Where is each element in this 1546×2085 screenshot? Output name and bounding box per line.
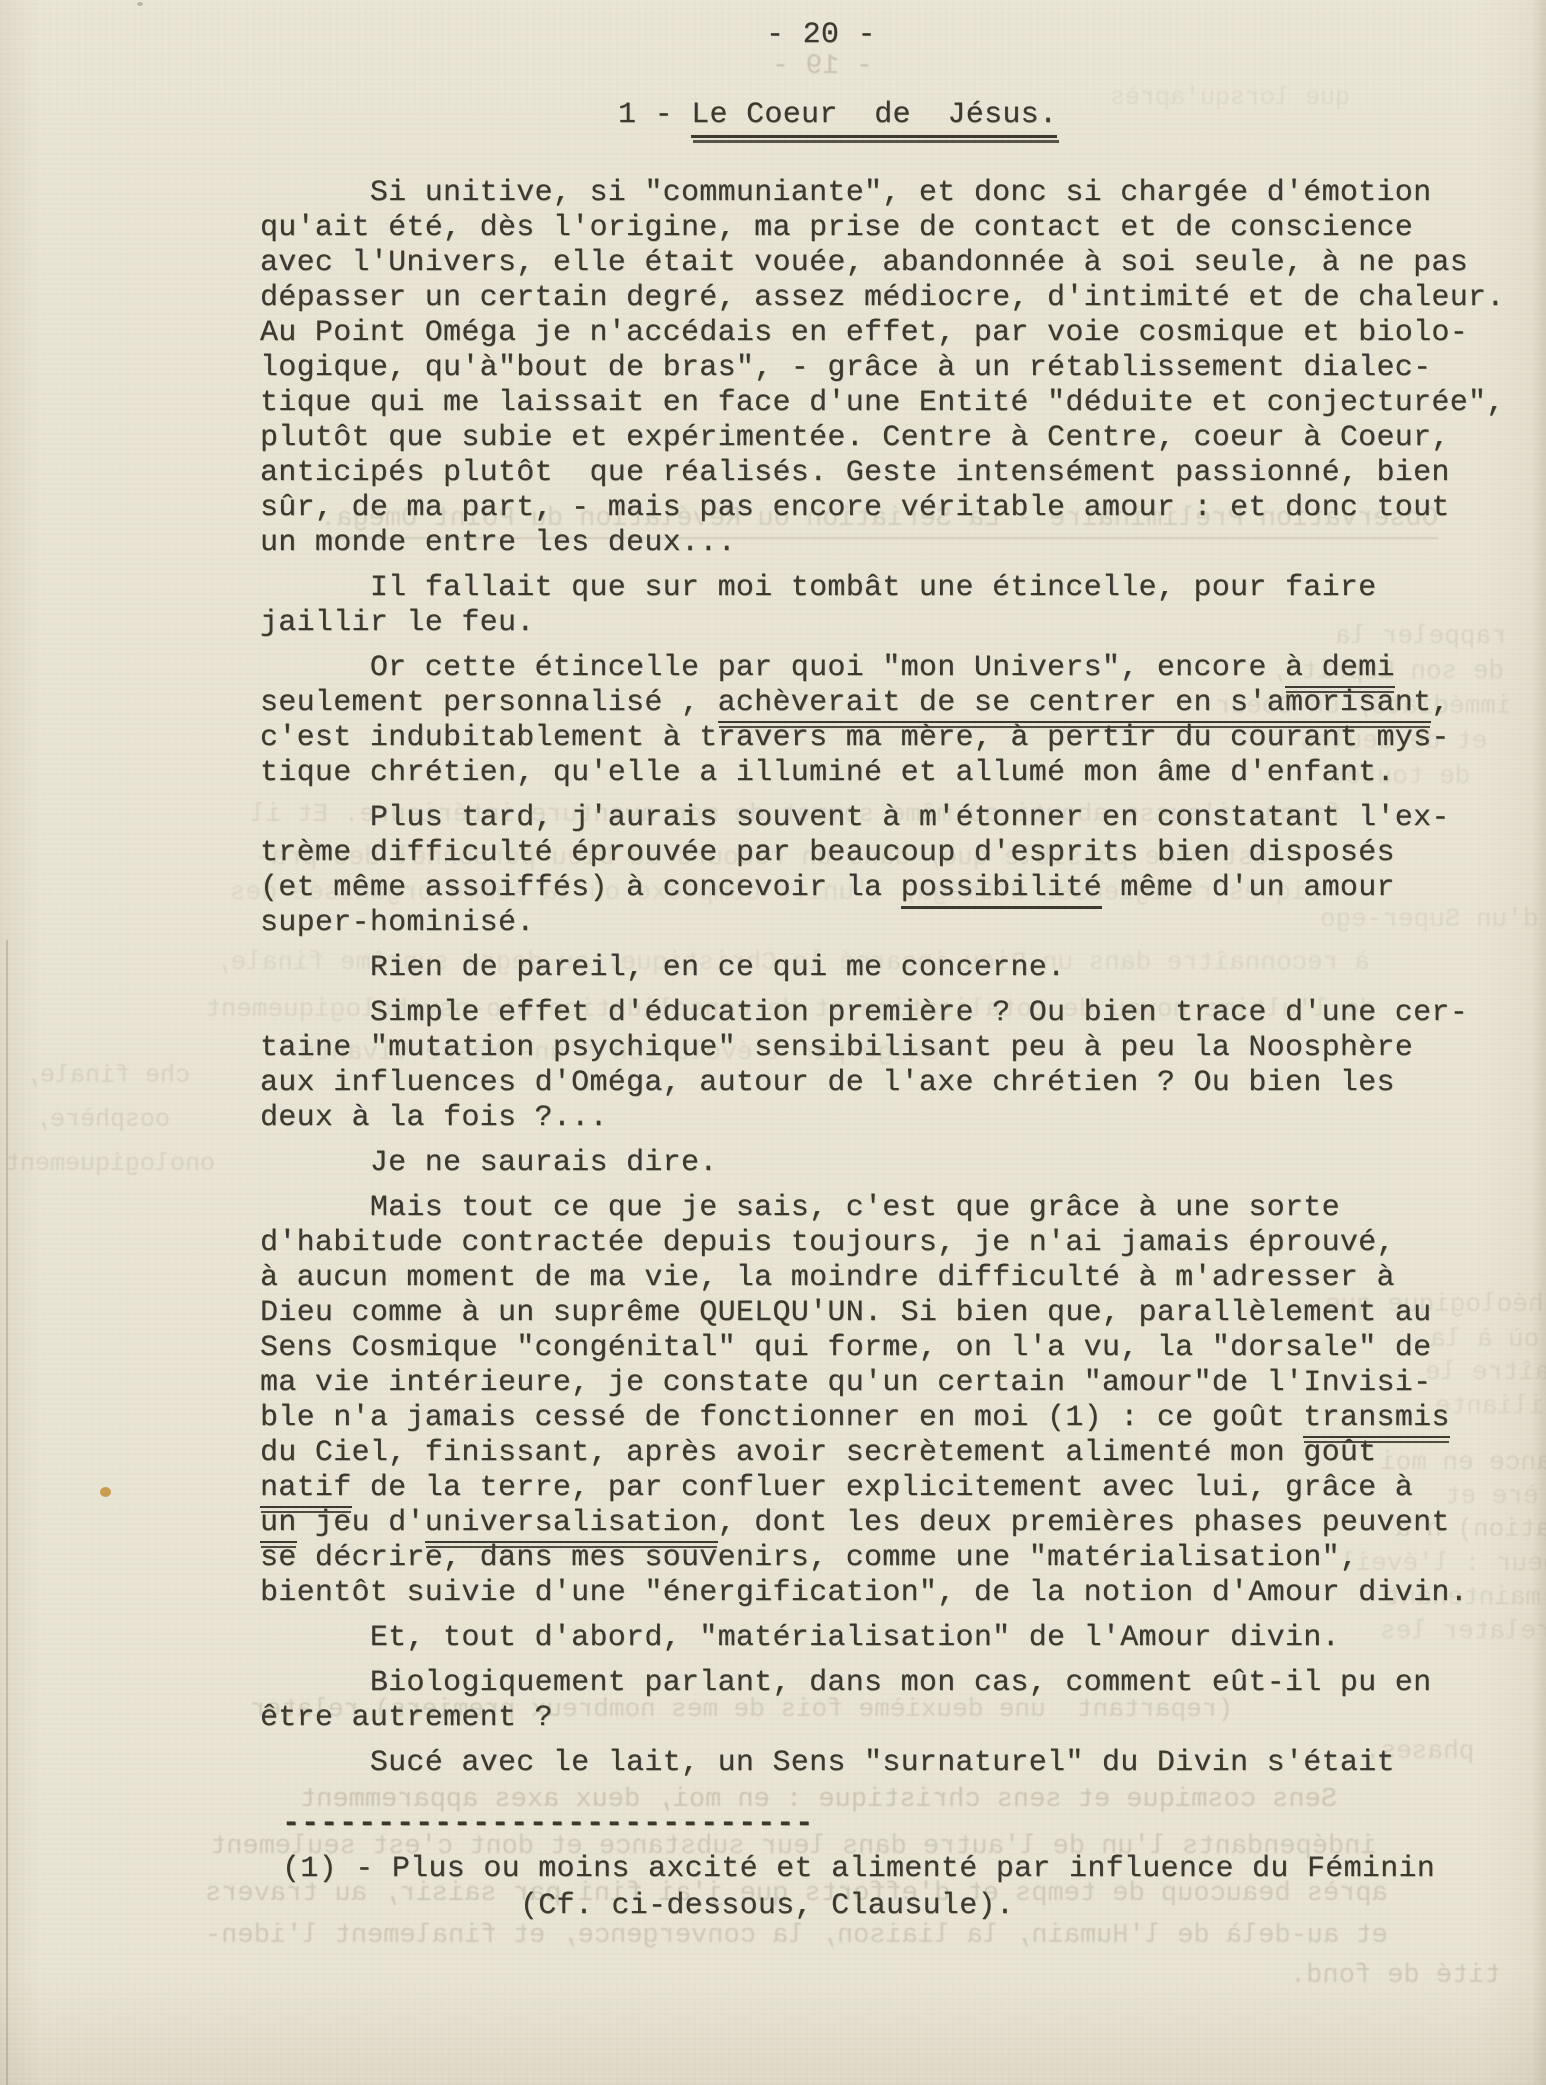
text-line: un jeu d'universalisation, dont les deux… bbox=[260, 1506, 1510, 1541]
footnote-line: (1) - Plus ou moins axcité et alimenté p… bbox=[282, 1851, 1510, 1888]
text-segment: deux à la fois ?... bbox=[260, 1101, 608, 1135]
bleedthrough-text: onologiquement bbox=[5, 1150, 215, 1178]
page-number: - 20 - bbox=[766, 18, 876, 52]
text-line: Et, tout d'abord, "matérialisation" de l… bbox=[260, 1621, 1510, 1656]
text-segment: Rien de pareil, en ce qui me concerne. bbox=[260, 951, 1065, 985]
text-line: logique, qu'à"bout de bras", - grâce à u… bbox=[260, 351, 1510, 386]
text-segment: même d'un amour bbox=[1102, 871, 1395, 905]
text-line: d'habitude contractée depuis toujours, j… bbox=[260, 1226, 1510, 1261]
text-line: à aucun moment de ma vie, la moindre dif… bbox=[260, 1261, 1510, 1296]
text-segment: Plus tard, j'aurais souvent à m'étonner … bbox=[260, 801, 1450, 835]
text-segment: Or cette étincelle par quoi "mon Univers… bbox=[260, 651, 1285, 685]
bleedthrough-text: tité de fond. bbox=[1290, 1962, 1501, 1992]
text-segment: taine "mutation psychique" sensibilisant… bbox=[260, 1031, 1413, 1065]
text-segment: de la terre, par confluer explicitement … bbox=[352, 1471, 1414, 1505]
text-line: dépasser un certain degré, assez médiocr… bbox=[260, 281, 1510, 316]
underlined-text: à demi bbox=[1285, 651, 1395, 688]
text-segment: Dieu comme à un suprême QUELQU'UN. Si bi… bbox=[260, 1296, 1431, 1330]
bleedthrough-text: che finale, bbox=[25, 1062, 190, 1090]
paragraph: Simple effet d'éducation première ? Ou b… bbox=[260, 996, 1510, 1136]
text-line: Sucé avec le lait, un Sens "surnaturel" … bbox=[260, 1746, 1510, 1781]
text-segment: bientôt suivie d'une "énergification", d… bbox=[260, 1576, 1468, 1610]
text-segment: Si unitive, si "communiante", et donc si… bbox=[260, 176, 1431, 210]
footnote: (1) - Plus ou moins axcité et alimenté p… bbox=[282, 1851, 1510, 1925]
section-title-text: Le Coeur de Jésus. bbox=[691, 98, 1057, 138]
text-line: Plus tard, j'aurais souvent à m'étonner … bbox=[260, 801, 1510, 836]
text-segment: Mais tout ce que je sais, c'est que grâc… bbox=[260, 1191, 1340, 1225]
text-segment: tique qui me laissait en face d'une Enti… bbox=[260, 386, 1505, 420]
text-line: deux à la fois ?... bbox=[260, 1101, 1510, 1136]
text-line: ma vie intérieure, je constate qu'un cer… bbox=[260, 1366, 1510, 1401]
text-segment: Et, tout d'abord, "matérialisation" de l… bbox=[260, 1621, 1340, 1655]
text-segment: se décrire, dans mes souvenirs, comme un… bbox=[260, 1541, 1358, 1575]
paper-stain-dot bbox=[100, 1487, 111, 1497]
underlined-text: transmis bbox=[1303, 1401, 1449, 1438]
bleedthrough-text: oosphère, bbox=[35, 1106, 170, 1134]
text-line: anticipés plutôt que réalisés. Geste int… bbox=[260, 456, 1510, 491]
text-line: seulement personnalisé , achèverait de s… bbox=[260, 686, 1510, 721]
text-segment: Simple effet d'éducation première ? Ou b… bbox=[260, 996, 1468, 1030]
text-line: Je ne saurais dire. bbox=[260, 1146, 1510, 1181]
underlined-text: natif bbox=[260, 1471, 352, 1508]
text-segment: plutôt que subie et expérimentée. Centre… bbox=[260, 421, 1450, 455]
text-segment: sûr, de ma part, - mais pas encore vérit… bbox=[260, 491, 1450, 525]
text-segment: à aucun moment de ma vie, la moindre dif… bbox=[260, 1261, 1395, 1295]
text-segment: , bbox=[1431, 686, 1449, 720]
text-line: être autrement ? bbox=[260, 1701, 1510, 1736]
paragraph: Biologiquement parlant, dans mon cas, co… bbox=[260, 1666, 1510, 1736]
underlined-text: achèverait de se centrer en s'amorisant bbox=[718, 686, 1432, 723]
document-body: Si unitive, si "communiante", et donc si… bbox=[260, 176, 1510, 1925]
text-line: Or cette étincelle par quoi "mon Univers… bbox=[260, 651, 1510, 686]
text-line: taine "mutation psychique" sensibilisant… bbox=[260, 1031, 1510, 1066]
text-segment: un monde entre les deux... bbox=[260, 526, 736, 560]
text-line: super-hominisé. bbox=[260, 906, 1510, 941]
text-line: qu'ait été, dès l'origine, ma prise de c… bbox=[260, 211, 1510, 246]
text-line: trème difficulté éprouvée par beaucoup d… bbox=[260, 836, 1510, 871]
text-line: ble n'a jamais cessé de fonctionner en m… bbox=[260, 1401, 1510, 1436]
underlined-text: possibilité bbox=[901, 871, 1102, 909]
text-line: Sens Cosmique "congénital" qui forme, on… bbox=[260, 1331, 1510, 1366]
paragraph: Sucé avec le lait, un Sens "surnaturel" … bbox=[260, 1746, 1510, 1781]
section-title: 1 - Le Coeur de Jésus. bbox=[618, 98, 1057, 132]
text-line: Biologiquement parlant, dans mon cas, co… bbox=[260, 1666, 1510, 1701]
text-line: Rien de pareil, en ce qui me concerne. bbox=[260, 951, 1510, 986]
text-line: (et même assoiffés) à concevoir la possi… bbox=[260, 871, 1510, 906]
paragraph: Si unitive, si "communiante", et donc si… bbox=[260, 176, 1510, 561]
text-segment: seulement personnalisé , bbox=[260, 686, 718, 720]
text-line: avec l'Univers, elle était vouée, abando… bbox=[260, 246, 1510, 281]
bleedthrough-text: que lorsqu'après bbox=[1110, 84, 1350, 112]
text-segment: ma vie intérieure, je constate qu'un cer… bbox=[260, 1366, 1431, 1400]
text-line: tique qui me laissait en face d'une Enti… bbox=[260, 386, 1510, 421]
paragraphs-container: Si unitive, si "communiante", et donc si… bbox=[260, 176, 1510, 1781]
text-segment: Sens Cosmique "congénital" qui forme, on… bbox=[260, 1331, 1431, 1365]
bleedthrough-text: - 19 - bbox=[772, 52, 873, 83]
text-segment: ble n'a jamais cessé de fonctionner en m… bbox=[260, 1401, 1303, 1435]
text-segment: jaillir le feu. bbox=[260, 606, 535, 640]
text-segment: logique, qu'à"bout de bras", - grâce à u… bbox=[260, 351, 1431, 385]
paragraph: Mais tout ce que je sais, c'est que grâc… bbox=[260, 1191, 1510, 1611]
text-line: sûr, de ma part, - mais pas encore vérit… bbox=[260, 491, 1510, 526]
text-segment: Au Point Oméga je n'accédais en effet, p… bbox=[260, 316, 1468, 350]
paper-speck bbox=[137, 2, 143, 6]
underlined-text: un bbox=[260, 1506, 297, 1543]
text-line: Au Point Oméga je n'accédais en effet, p… bbox=[260, 316, 1510, 351]
text-line: plutôt que subie et expérimentée. Centre… bbox=[260, 421, 1510, 456]
text-line: bientôt suivie d'une "énergification", d… bbox=[260, 1576, 1510, 1611]
bleedthrough-text: et au-delà de l'Humain, la liaison, la c… bbox=[205, 1922, 1388, 1952]
text-segment: Biologiquement parlant, dans mon cas, co… bbox=[260, 1666, 1431, 1700]
text-line: Dieu comme à un suprême QUELQU'UN. Si bi… bbox=[260, 1296, 1510, 1331]
paragraph: Plus tard, j'aurais souvent à m'étonner … bbox=[260, 801, 1510, 941]
footnote-line: (Cf. ci-dessous, Clausule). bbox=[282, 1888, 1510, 1925]
text-segment: Je ne saurais dire. bbox=[260, 1146, 718, 1180]
text-segment: aux influences d'Oméga, autour de l'axe … bbox=[260, 1066, 1395, 1100]
text-segment: qu'ait été, dès l'origine, ma prise de c… bbox=[260, 211, 1413, 245]
paragraph: Et, tout d'abord, "matérialisation" de l… bbox=[260, 1621, 1510, 1656]
scan-edge-line bbox=[6, 940, 8, 2085]
text-line: jaillir le feu. bbox=[260, 606, 1510, 641]
text-segment: tique chrétien, qu'elle a illuminé et al… bbox=[260, 756, 1395, 790]
text-line: Si unitive, si "communiante", et donc si… bbox=[260, 176, 1510, 211]
text-segment: , dont les deux premières phases peuvent bbox=[718, 1506, 1450, 1540]
text-segment: dépasser un certain degré, assez médiocr… bbox=[260, 281, 1505, 315]
paragraph: Il fallait que sur moi tombât une étince… bbox=[260, 571, 1510, 641]
text-line: aux influences d'Oméga, autour de l'axe … bbox=[260, 1066, 1510, 1101]
text-line: natif de la terre, par confluer explicit… bbox=[260, 1471, 1510, 1506]
text-segment: Il fallait que sur moi tombât une étince… bbox=[260, 571, 1376, 605]
text-segment: d'habitude contractée depuis toujours, j… bbox=[260, 1226, 1395, 1260]
text-line: Simple effet d'éducation première ? Ou b… bbox=[260, 996, 1510, 1031]
text-line: Il fallait que sur moi tombât une étince… bbox=[260, 571, 1510, 606]
text-segment: du Ciel, finissant, après avoir secrètem… bbox=[260, 1436, 1376, 1470]
text-line: tique chrétien, qu'elle a illuminé et al… bbox=[260, 756, 1510, 791]
text-segment: trème difficulté éprouvée par beaucoup d… bbox=[260, 836, 1395, 870]
text-segment: (et même assoiffés) à concevoir la bbox=[260, 871, 901, 905]
paragraph: Or cette étincelle par quoi "mon Univers… bbox=[260, 651, 1510, 791]
text-line: Mais tout ce que je sais, c'est que grâc… bbox=[260, 1191, 1510, 1226]
paragraph: Je ne saurais dire. bbox=[260, 1146, 1510, 1181]
text-segment: anticipés plutôt que réalisés. Geste int… bbox=[260, 456, 1450, 490]
text-line: un monde entre les deux... bbox=[260, 526, 1510, 561]
footnote-separator: ---------------------------- bbox=[282, 1807, 1510, 1841]
text-segment: avec l'Univers, elle était vouée, abando… bbox=[260, 246, 1468, 280]
text-segment: super-hominisé. bbox=[260, 906, 535, 940]
text-segment: Sucé avec le lait, un Sens "surnaturel" … bbox=[260, 1746, 1395, 1780]
section-title-number: 1 - bbox=[618, 98, 691, 132]
scanned-typewritten-page: - 19 -que lorsqu'aprèsObservation Prélim… bbox=[0, 0, 1546, 2085]
underlined-text: universalisation bbox=[425, 1506, 718, 1543]
text-segment: être autrement ? bbox=[260, 1701, 553, 1735]
paragraph: Rien de pareil, en ce qui me concerne. bbox=[260, 951, 1510, 986]
